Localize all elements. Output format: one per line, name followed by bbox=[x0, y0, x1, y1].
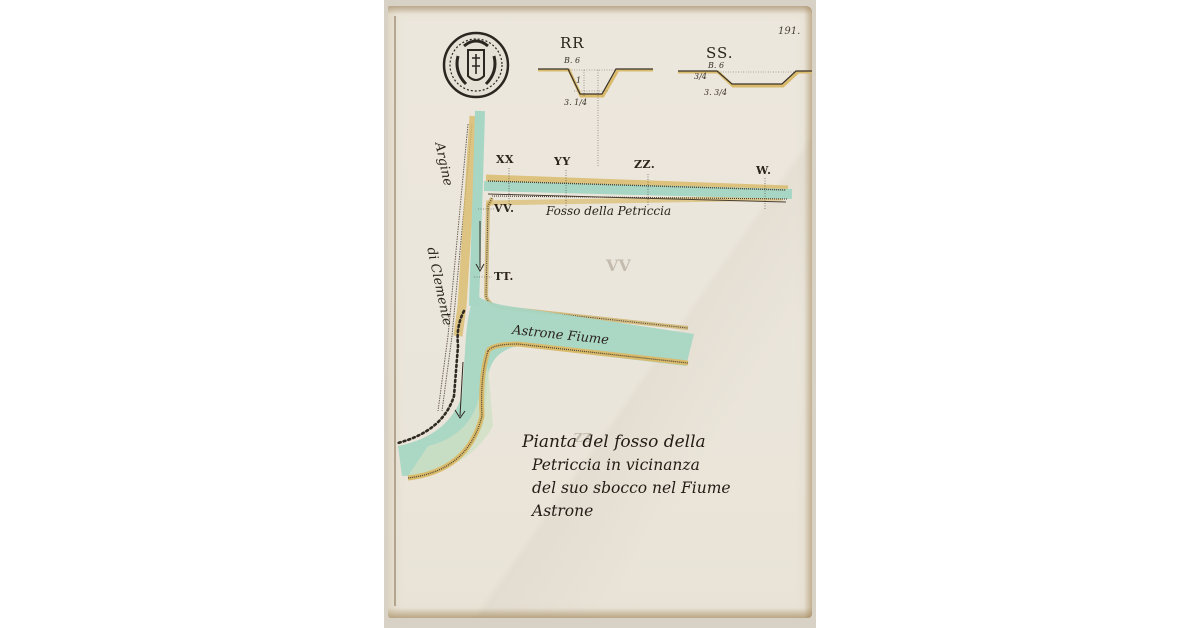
cross-section-rr bbox=[538, 69, 653, 166]
title-line-2: Petriccia in vicinanza bbox=[522, 454, 731, 477]
map-title-block: Pianta del fosso della Petriccia in vici… bbox=[522, 431, 731, 523]
cross-section-ss-depth: 3/4 bbox=[694, 72, 707, 81]
cross-section-ss-bottom-width: 3. 3/4 bbox=[704, 88, 727, 97]
point-yy-label: YY bbox=[554, 155, 571, 168]
cross-section-rr-label: RR bbox=[560, 34, 585, 52]
point-w-label: W. bbox=[756, 164, 771, 177]
faint-mark-center: VV bbox=[606, 256, 631, 275]
seal-emblem bbox=[444, 33, 508, 97]
cross-section-rr-depth: 1 bbox=[576, 76, 581, 85]
point-vv-label: VV. bbox=[494, 202, 514, 215]
point-tt-label: TT. bbox=[494, 270, 514, 283]
ditch-label: Fosso della Petriccia bbox=[546, 204, 671, 218]
cross-section-ss-label: SS. bbox=[706, 44, 734, 62]
cross-section-ss-top-width: B. 6 bbox=[708, 61, 724, 70]
point-xx-label: XX bbox=[496, 153, 514, 166]
title-line-3: del suo sbocco nel Fiume bbox=[522, 477, 731, 500]
cross-section-rr-bottom-width: 3. 1/4 bbox=[564, 98, 587, 107]
title-line-1: Pianta del fosso della bbox=[522, 431, 731, 454]
folio-number: 191. bbox=[778, 26, 800, 37]
manuscript-page: 191. RR B. 6 1 3. 1/4 SS. B. 6 3/4 3. 3/… bbox=[388, 6, 812, 618]
point-zz-label: ZZ. bbox=[634, 158, 655, 171]
title-line-4: Astrone bbox=[522, 500, 731, 523]
cross-section-rr-top-width: B. 6 bbox=[564, 56, 580, 65]
